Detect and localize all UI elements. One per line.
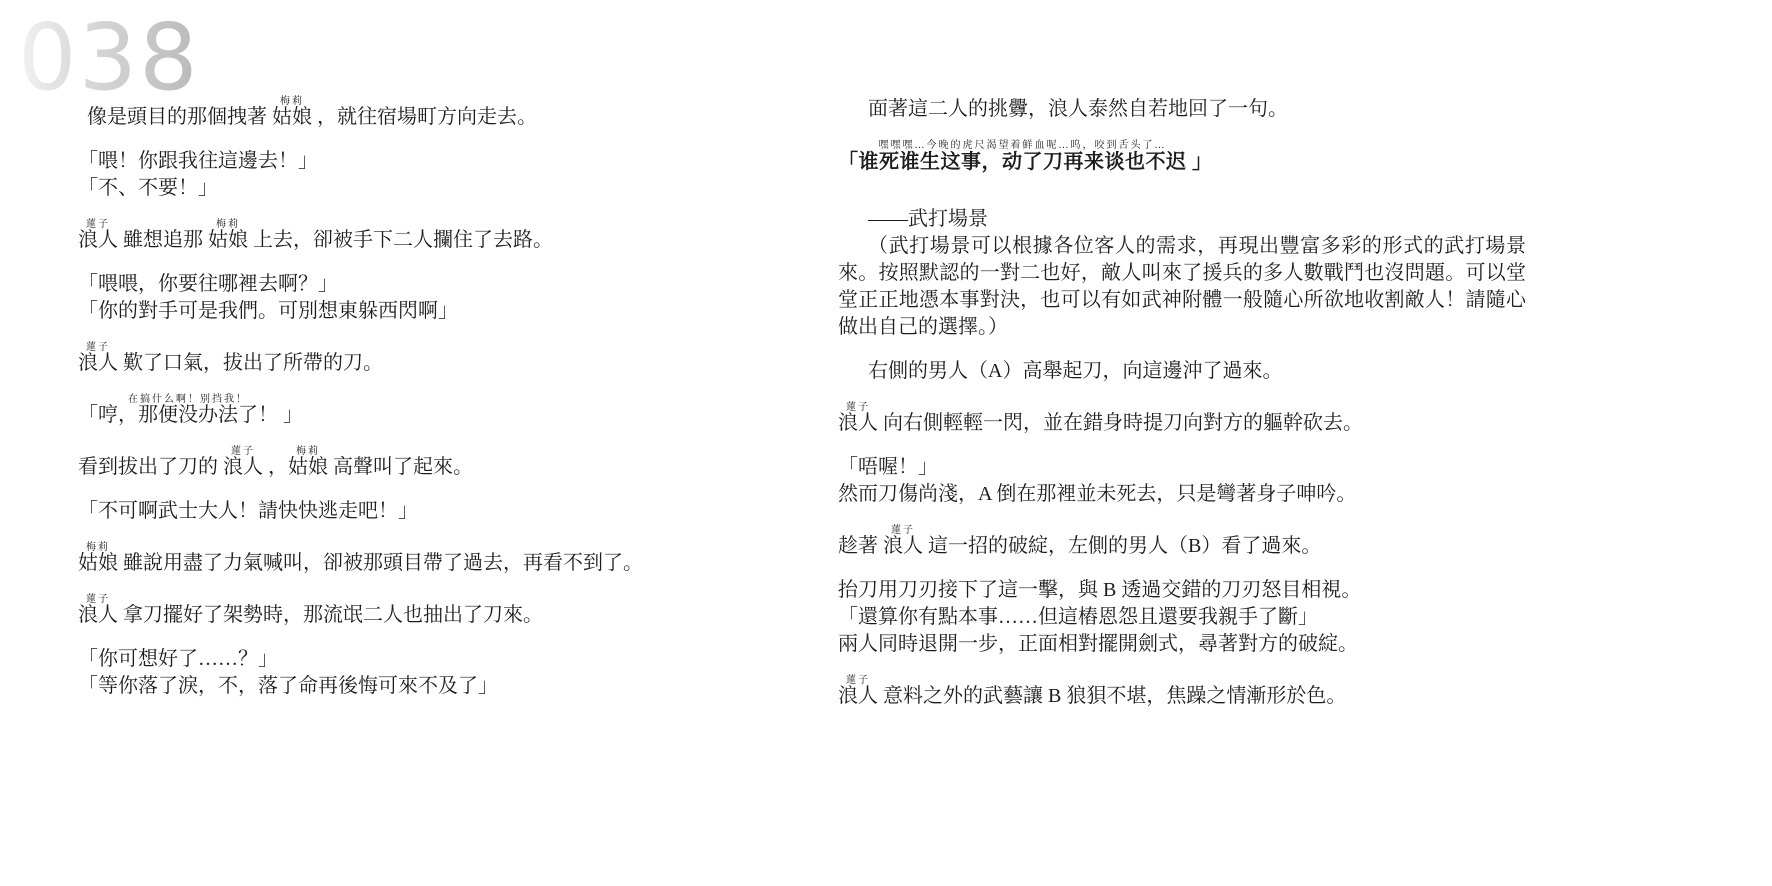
text-run: 意料之外的武藝讓 B 狼狽不堪，焦躁之情漸形於色。 (878, 685, 1346, 707)
text-run: 面著這二人的挑釁，浪人泰然自若地回了一句。 (868, 98, 1288, 120)
text-line: 趁著 浪人蓮子 這一招的破綻，左側的男人（B）看了過來。 (838, 525, 1526, 560)
text-block: 抬刀用刀刃接下了這一擊，與 B 透過交錯的刀刃怒目相視。「還算你有點本事……但這… (838, 577, 1526, 658)
text-line: 浪人蓮子 雖想追那 姑娘梅莉 上去，卻被手下二人攔住了去路。 (78, 219, 706, 254)
ruby-annotation: 哼，那便没办法了！在搞什么啊！别挡我！ (98, 404, 278, 426)
text-run: 「喂喂，你要往哪裡去啊？」 (78, 273, 338, 295)
ruby-text: 梅莉 (78, 542, 118, 553)
text-block: 「谁死谁生这事，动了刀再来谈也不迟嘿嘿嘿…今晚的虎尺渴望着鲜血呢…呜，咬到舌头了… (838, 140, 1526, 176)
text-run: 這一招的破綻，左側的男人（B）看了過來。 (923, 535, 1321, 557)
ruby-annotation: 姑娘梅莉 (288, 456, 328, 478)
text-line: 「不可啊武士大人！請快快逃走吧！」 (78, 498, 706, 525)
text-line: （武打場景可以根據各位客人的需求，再現出豐富多彩的形式的武打場景來。按照默認的一… (838, 233, 1526, 341)
text-line: 「唔喔！」 (838, 454, 1526, 481)
text-run: 「等你落了淚，不，落了命再後悔可來不及了」 (78, 675, 498, 697)
text-block: 浪人蓮子 向右側輕輕一閃，並在錯身時提刀向對方的軀幹砍去。 (838, 402, 1526, 437)
ruby-text: 蓮子 (78, 594, 118, 605)
ruby-text: 嘿嘿嘿…今晚的虎尺渴望着鲜血呢…呜，咬到舌头了… (859, 140, 1187, 151)
text-run: 「你可想好了……？」 (78, 648, 278, 670)
ruby-text: 梅莉 (272, 96, 312, 107)
text-run: 「還算你有點本事……但這樁恩怨且還要我親手了斷」 (838, 606, 1318, 628)
text-line: 「哼，那便没办法了！在搞什么啊！别挡我！ 」 (78, 394, 706, 429)
text-run: ——武打場景 (868, 208, 988, 230)
ruby-annotation: 浪人蓮子 (78, 604, 118, 626)
text-line: 浪人蓮子 拿刀擺好了架勢時，那流氓二人也抽出了刀來。 (78, 594, 706, 629)
text-run: 兩人同時退開一步，正面相對擺開劍式，尋著對方的破綻。 (838, 633, 1358, 655)
text-run: 「你的對手可是我們。可別想東躲西閃啊」 (78, 300, 458, 322)
ruby-annotation: 浪人蓮子 (838, 685, 878, 707)
text-run: 「唔喔！」 (838, 456, 938, 478)
text-block: 浪人蓮子 拿刀擺好了架勢時，那流氓二人也抽出了刀來。 (78, 594, 706, 629)
text-run: 」 (278, 404, 303, 426)
text-block: 「喂喂，你要往哪裡去啊？」「你的對手可是我們。可別想東躲西閃啊」 (78, 271, 706, 325)
text-line: 「喂喂，你要往哪裡去啊？」 (78, 271, 706, 298)
text-run: 「 (838, 151, 859, 173)
text-block: 像是頭目的那個拽著 姑娘梅莉 ，就往宿場町方向走去。 (78, 96, 706, 131)
ruby-annotation: 浪人蓮子 (223, 456, 263, 478)
text-line: 像是頭目的那個拽著 姑娘梅莉 ，就往宿場町方向走去。 (78, 96, 706, 131)
text-run: 像是頭目的那個拽著 (87, 106, 272, 128)
text-block: 「喂！你跟我往這邊去！」「不、不要！」 (78, 148, 706, 202)
text-run: 上去，卻被手下二人攔住了去路。 (248, 229, 553, 251)
text-run: 向右側輕輕一閃，並在錯身時提刀向對方的軀幹砍去。 (878, 412, 1363, 434)
ruby-annotation: 姑娘梅莉 (272, 106, 312, 128)
page-number: 038 (18, 4, 200, 111)
text-run: 右側的男人（A）高舉起刀，向這邊沖了過來。 (868, 360, 1282, 382)
text-run: 然而刀傷尚淺，A 倒在那裡並未死去，只是彎著身子呻吟。 (838, 483, 1356, 505)
ruby-text: 梅莉 (208, 219, 248, 230)
ruby-annotation: 姑娘梅莉 (208, 229, 248, 251)
text-block: 「哼，那便没办法了！在搞什么啊！别挡我！ 」 (78, 394, 706, 429)
text-line: 「你可想好了……？」 (78, 646, 706, 673)
text-run: 雖想追那 (118, 229, 208, 251)
text-line: 抬刀用刀刃接下了這一擊，與 B 透過交錯的刀刃怒目相視。 (838, 577, 1526, 604)
text-run: 抬刀用刀刃接下了這一擊，與 B 透過交錯的刀刃怒目相視。 (838, 579, 1361, 601)
ruby-text: 蓮子 (223, 446, 263, 457)
ruby-text: 在搞什么啊！别挡我！ (98, 394, 278, 405)
text-line: 兩人同時退開一步，正面相對擺開劍式，尋著對方的破綻。 (838, 631, 1526, 658)
text-block: 面著這二人的挑釁，浪人泰然自若地回了一句。 (838, 96, 1526, 123)
text-line: 浪人蓮子 向右側輕輕一閃，並在錯身時提刀向對方的軀幹砍去。 (838, 402, 1526, 437)
text-run: 」 (1187, 151, 1213, 173)
ruby-annotation: 浪人蓮子 (78, 352, 118, 374)
text-line: 「還算你有點本事……但這樁恩怨且還要我親手了斷」 (838, 604, 1526, 631)
ruby-text: 蓮子 (883, 525, 923, 536)
ruby-annotation: 浪人蓮子 (883, 535, 923, 557)
text-run: 「不、不要！」 (78, 177, 218, 199)
text-line: 姑娘梅莉 雖說用盡了力氣喊叫，卻被那頭目帶了過去，再看不到了。 (78, 542, 706, 577)
text-run: 「 (78, 404, 98, 426)
text-run: 雖說用盡了力氣喊叫，卻被那頭目帶了過去，再看不到了。 (118, 552, 643, 574)
text-run: 拿刀擺好了架勢時，那流氓二人也抽出了刀來。 (118, 604, 543, 626)
ruby-text: 蓮子 (78, 342, 118, 353)
text-block: 浪人蓮子 雖想追那 姑娘梅莉 上去，卻被手下二人攔住了去路。 (78, 219, 706, 254)
left-text-column: 像是頭目的那個拽著 姑娘梅莉 ，就往宿場町方向走去。「喂！你跟我往這邊去！」「不… (78, 96, 706, 717)
text-block: 姑娘梅莉 雖說用盡了力氣喊叫，卻被那頭目帶了過去，再看不到了。 (78, 542, 706, 577)
ruby-annotation: 谁死谁生这事，动了刀再来谈也不迟嘿嘿嘿…今晚的虎尺渴望着鲜血呢…呜，咬到舌头了… (859, 151, 1187, 173)
text-line: 看到拔出了刀的 浪人蓮子 ，姑娘梅莉 高聲叫了起來。 (78, 446, 706, 481)
text-line: 面著這二人的挑釁，浪人泰然自若地回了一句。 (838, 96, 1526, 123)
text-block: 「不可啊武士大人！請快快逃走吧！」 (78, 498, 706, 525)
text-run: ，就往宿場町方向走去。 (312, 106, 537, 128)
text-run: 歎了口氣，拔出了所帶的刀。 (118, 352, 383, 374)
text-block: ——武打場景（武打場景可以根據各位客人的需求，再現出豐富多彩的形式的武打場景來。… (838, 206, 1526, 341)
text-run: 趁著 (838, 535, 883, 557)
ruby-annotation: 姑娘梅莉 (78, 552, 118, 574)
text-line: 「谁死谁生这事，动了刀再来谈也不迟嘿嘿嘿…今晚的虎尺渴望着鲜血呢…呜，咬到舌头了… (838, 140, 1526, 176)
text-block: 「唔喔！」然而刀傷尚淺，A 倒在那裡並未死去，只是彎著身子呻吟。 (838, 454, 1526, 508)
ruby-text: 蓮子 (838, 402, 878, 413)
ruby-annotation: 浪人蓮子 (78, 229, 118, 251)
text-block: 右側的男人（A）高舉起刀，向這邊沖了過來。 (838, 358, 1526, 385)
text-run: （武打場景可以根據各位客人的需求，再現出豐富多彩的形式的武打場景來。按照默認的一… (838, 235, 1526, 338)
text-line: ——武打場景 (838, 206, 1526, 233)
text-run: ， (263, 456, 288, 478)
text-run: 「不可啊武士大人！請快快逃走吧！」 (78, 500, 418, 522)
text-line: 浪人蓮子 歎了口氣，拔出了所帶的刀。 (78, 342, 706, 377)
text-block: 浪人蓮子 意料之外的武藝讓 B 狼狽不堪，焦躁之情漸形於色。 (838, 675, 1526, 710)
right-text-column: 面著這二人的挑釁，浪人泰然自若地回了一句。「谁死谁生这事，动了刀再来谈也不迟嘿嘿… (838, 96, 1526, 727)
text-run: 「喂！你跟我往這邊去！」 (78, 150, 318, 172)
text-line: 浪人蓮子 意料之外的武藝讓 B 狼狽不堪，焦躁之情漸形於色。 (838, 675, 1526, 710)
text-line: 右側的男人（A）高舉起刀，向這邊沖了過來。 (838, 358, 1526, 385)
text-block: 趁著 浪人蓮子 這一招的破綻，左側的男人（B）看了過來。 (838, 525, 1526, 560)
text-run: 高聲叫了起來。 (328, 456, 473, 478)
ruby-annotation: 浪人蓮子 (838, 412, 878, 434)
text-line: 「你的對手可是我們。可別想東躲西閃啊」 (78, 298, 706, 325)
text-block: 「你可想好了……？」「等你落了淚，不，落了命再後悔可來不及了」 (78, 646, 706, 700)
text-run: 看到拔出了刀的 (78, 456, 223, 478)
text-line: 「等你落了淚，不，落了命再後悔可來不及了」 (78, 673, 706, 700)
ruby-text: 蓮子 (78, 219, 118, 230)
text-line: 然而刀傷尚淺，A 倒在那裡並未死去，只是彎著身子呻吟。 (838, 481, 1526, 508)
text-block: 看到拔出了刀的 浪人蓮子 ，姑娘梅莉 高聲叫了起來。 (78, 446, 706, 481)
ruby-text: 蓮子 (838, 675, 878, 686)
text-line: 「不、不要！」 (78, 175, 706, 202)
ruby-text: 梅莉 (288, 446, 328, 457)
text-line: 「喂！你跟我往這邊去！」 (78, 148, 706, 175)
text-block: 浪人蓮子 歎了口氣，拔出了所帶的刀。 (78, 342, 706, 377)
